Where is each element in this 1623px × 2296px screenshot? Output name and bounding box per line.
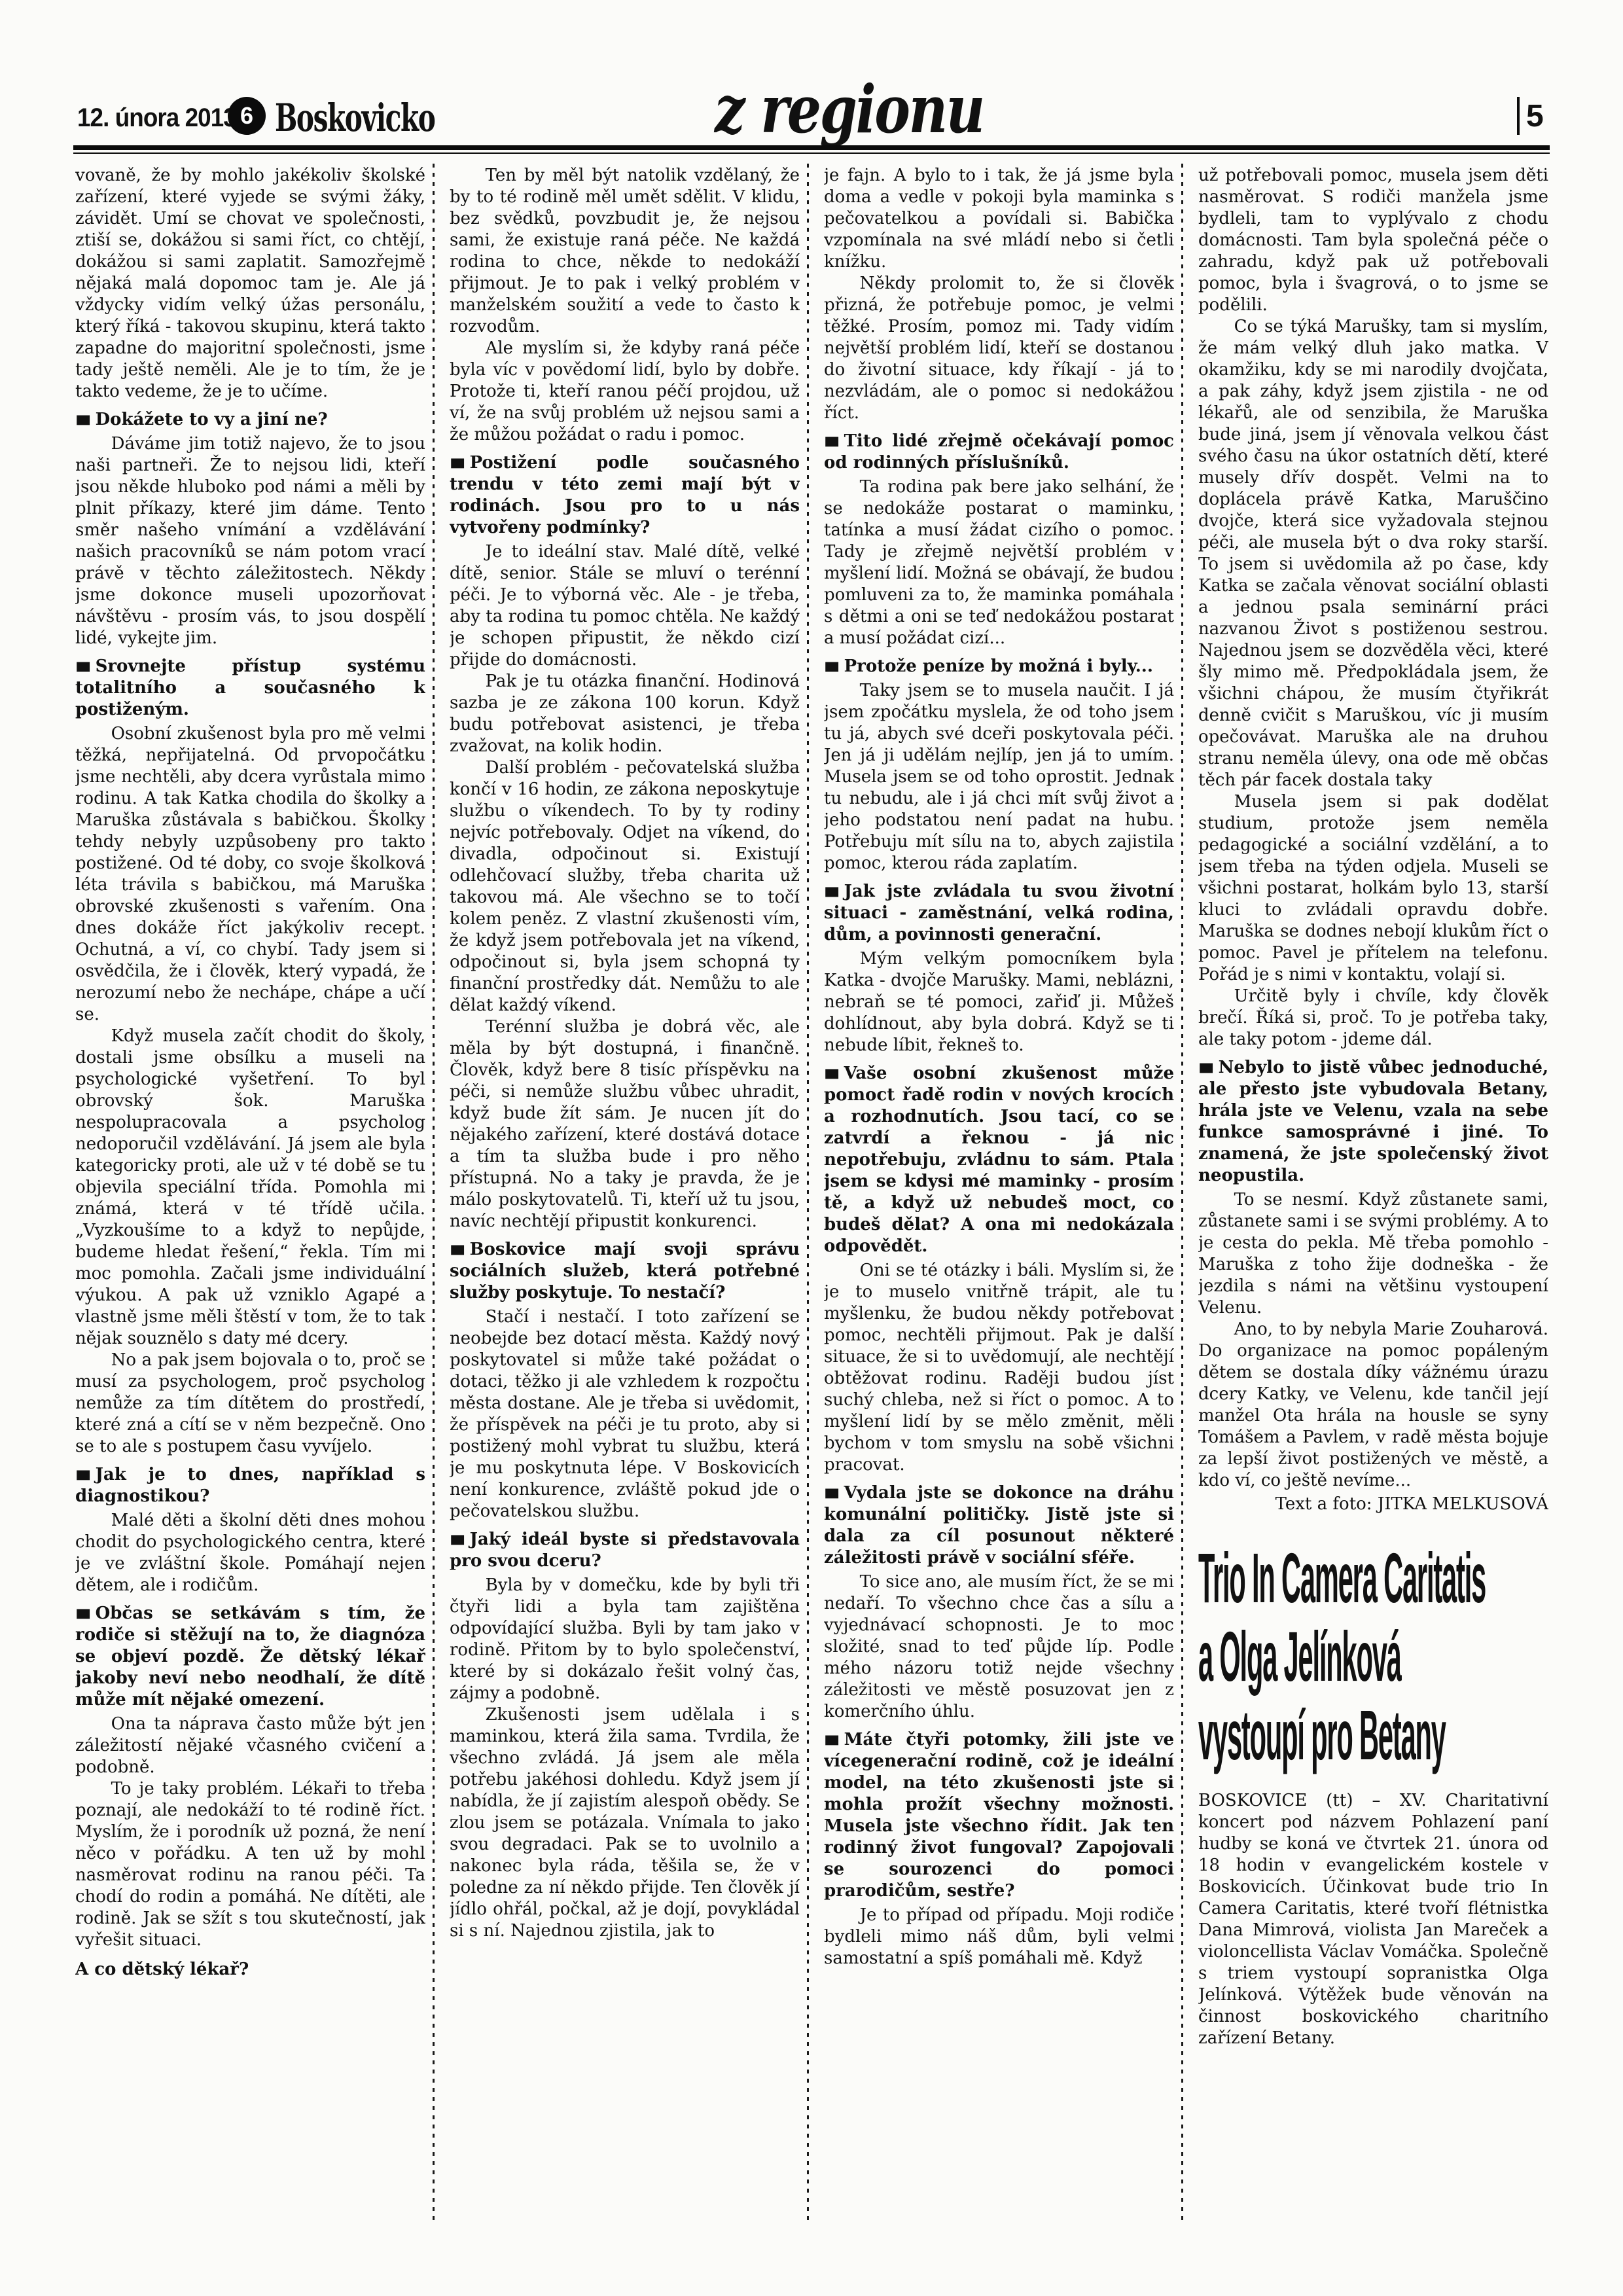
question-square-icon: ■: [824, 1732, 840, 1748]
interview-question: ■Protože peníze by možná i byly...: [824, 656, 1174, 677]
question-square-icon: ■: [75, 412, 92, 428]
interview-paragraph: Je to případ od případu. Moji rodiče byd…: [824, 1905, 1174, 1969]
header-rule-thick: [73, 145, 1550, 150]
column-separator: [433, 164, 435, 2222]
interview-paragraph: To se nesmí. Když zůstanete sami, zůstan…: [1198, 1189, 1548, 1319]
interview-question: ■Vydala jste se dokonce na dráhu komunál…: [824, 1482, 1174, 1569]
interview-paragraph: Někdy prolomit to, že si člověk přizná, …: [824, 273, 1174, 424]
question-square-icon: ■: [1198, 1060, 1215, 1076]
column-separator: [807, 164, 809, 2222]
interview-question: ■Dokážete to vy a jiní ne?: [75, 409, 425, 431]
question-square-icon: ■: [450, 455, 466, 471]
interview-question: ■Postižení podle současného trendu v tét…: [450, 452, 800, 539]
interview-paragraph: Musela jsem si pak dodělat studium, prot…: [1198, 791, 1548, 986]
interview-paragraph: Ta rodina pak bere jako selhání, že se n…: [824, 476, 1174, 649]
interview-paragraph: Další problém - pečovatelská služba konč…: [450, 757, 800, 1016]
question-square-icon: ■: [75, 1605, 92, 1622]
interview-question: ■Nebylo to jistě vůbec jednoduché, ale p…: [1198, 1057, 1548, 1187]
question-square-icon: ■: [75, 658, 92, 675]
interview-paragraph: už potřebovali pomoc, musela jsem děti n…: [1198, 165, 1548, 316]
column-4: už potřebovali pomoc, musela jsem děti n…: [1198, 165, 1548, 2292]
question-square-icon: ■: [450, 1532, 466, 1548]
column-separator: [1181, 164, 1183, 2222]
column-1: vovaně, že by mohlo jakékoliv školské za…: [75, 165, 425, 2292]
interview-paragraph: Osobní zkušenost byla pro mě velmi těžká…: [75, 723, 425, 1026]
column-2: Ten by měl být natolik vzdělaný, že by t…: [450, 165, 800, 2292]
article-headline-line: vystoupí pro Betany: [1198, 1696, 1548, 1774]
article-headline: Trio In Camera Caritatisa Olga Jelínková…: [1198, 1539, 1548, 1774]
interview-paragraph: je fajn. A bylo to i tak, že já jsme byl…: [824, 165, 1174, 273]
page-number: 5: [1517, 97, 1544, 135]
question-square-icon: ■: [824, 1485, 840, 1501]
newspaper-page: 12. února 2013 6 Boskovicko z regionu 5 …: [0, 0, 1623, 2296]
interview-paragraph: No a pak jsem bojovala o to, proč se mus…: [75, 1350, 425, 1458]
interview-question: ■Občas se setkávám s tím, že rodiče si s…: [75, 1603, 425, 1711]
interview-paragraph: Oni se té otázky i báli. Myslím si, že j…: [824, 1260, 1174, 1476]
interview-paragraph: Ona ta náprava často může být jen záleži…: [75, 1713, 425, 1778]
header-rule-thin: [73, 152, 1550, 154]
interview-question: ■Jaký ideál byste si představovala pro s…: [450, 1529, 800, 1572]
interview-paragraph: To je taky problém. Lékaři to třeba pozn…: [75, 1778, 425, 1951]
issue-date: 12. února 2013: [77, 103, 236, 133]
interview-question: ■Vaše osobní zkušenost může pomoct řadě …: [824, 1063, 1174, 1257]
interview-question: ■Tito lidé zřejmě očekávají pomoc od rod…: [824, 431, 1174, 474]
article-headline-line: a Olga Jelínková: [1198, 1617, 1548, 1696]
interview-question: ■Jak je to dnes, například s diagnostiko…: [75, 1464, 425, 1507]
interview-paragraph: Malé děti a školní děti dnes mohou chodi…: [75, 1510, 425, 1596]
article-headline-line: Trio In Camera Caritatis: [1198, 1539, 1548, 1617]
interview-paragraph: Zkušenosti jsem udělala i s maminkou, kt…: [450, 1704, 800, 1942]
issue-badge: 6: [228, 97, 266, 135]
interview-paragraph: Terénní služba je dobrá věc, ale měla by…: [450, 1016, 800, 1232]
interview-paragraph: Stačí i nestačí. I toto zařízení se neob…: [450, 1306, 800, 1522]
question-square-icon: ■: [824, 884, 840, 900]
page-number-divider: [1517, 97, 1520, 135]
interview-paragraph: Ten by měl být natolik vzdělaný, že by t…: [450, 165, 800, 338]
interview-question: ■Srovnejte přístup systému totalitního a…: [75, 656, 425, 721]
interview-paragraph: Ale myslím si, že kdyby raná péče byla v…: [450, 338, 800, 446]
interview-paragraph: Je to ideální stav. Malé dítě, velké dít…: [450, 541, 800, 671]
question-square-icon: ■: [824, 1066, 840, 1082]
interview-paragraph: Byla by v domečku, kde by byli tři čtyři…: [450, 1575, 800, 1704]
interview-paragraph: Mým velkým pomocníkem byla Katka - dvojč…: [824, 948, 1174, 1056]
interview-paragraph: Ano, to by nebyla Marie Zouharová. Do or…: [1198, 1319, 1548, 1492]
interview-paragraph: Dáváme jim totiž najevo, že to jsou naši…: [75, 433, 425, 649]
interview-paragraph: Určitě byly i chvíle, kdy člověk brečí. …: [1198, 986, 1548, 1050]
masthead-logo: Boskovicko: [275, 96, 435, 140]
interview-paragraph: vovaně, že by mohlo jakékoliv školské za…: [75, 165, 425, 403]
interview-paragraph: Taky jsem se to musela naučit. I já jsem…: [824, 680, 1174, 874]
interview-paragraph: Když musela začít chodit do školy, dosta…: [75, 1026, 425, 1350]
byline: Text a foto: JITKA MELKUSOVÁ: [1198, 1494, 1548, 1515]
interview-question: A co dětský lékař?: [75, 1959, 425, 1981]
interview-question: ■Jak jste zvládala tu svou životní situa…: [824, 881, 1174, 946]
question-square-icon: ■: [75, 1467, 92, 1483]
section-title: z regionu: [715, 71, 984, 148]
interview-question: ■Máte čtyři potomky, žili jste ve vícege…: [824, 1729, 1174, 1902]
interview-question: ■Boskovice mají svoji správu sociálních …: [450, 1239, 800, 1304]
question-square-icon: ■: [824, 433, 840, 450]
interview-paragraph: Co se týká Marušky, tam si myslím, že má…: [1198, 316, 1548, 791]
interview-paragraph: To sice ano, ale musím říct, že se mi ne…: [824, 1571, 1174, 1723]
interview-paragraph: Pak je tu otázka finanční. Hodinová sazb…: [450, 671, 800, 757]
question-square-icon: ■: [450, 1242, 466, 1258]
column-3: je fajn. A bylo to i tak, že já jsme byl…: [824, 165, 1174, 2292]
question-square-icon: ■: [824, 658, 840, 675]
article-body: BOSKOVICE (tt) – XV. Charitativní koncer…: [1198, 1790, 1548, 2049]
